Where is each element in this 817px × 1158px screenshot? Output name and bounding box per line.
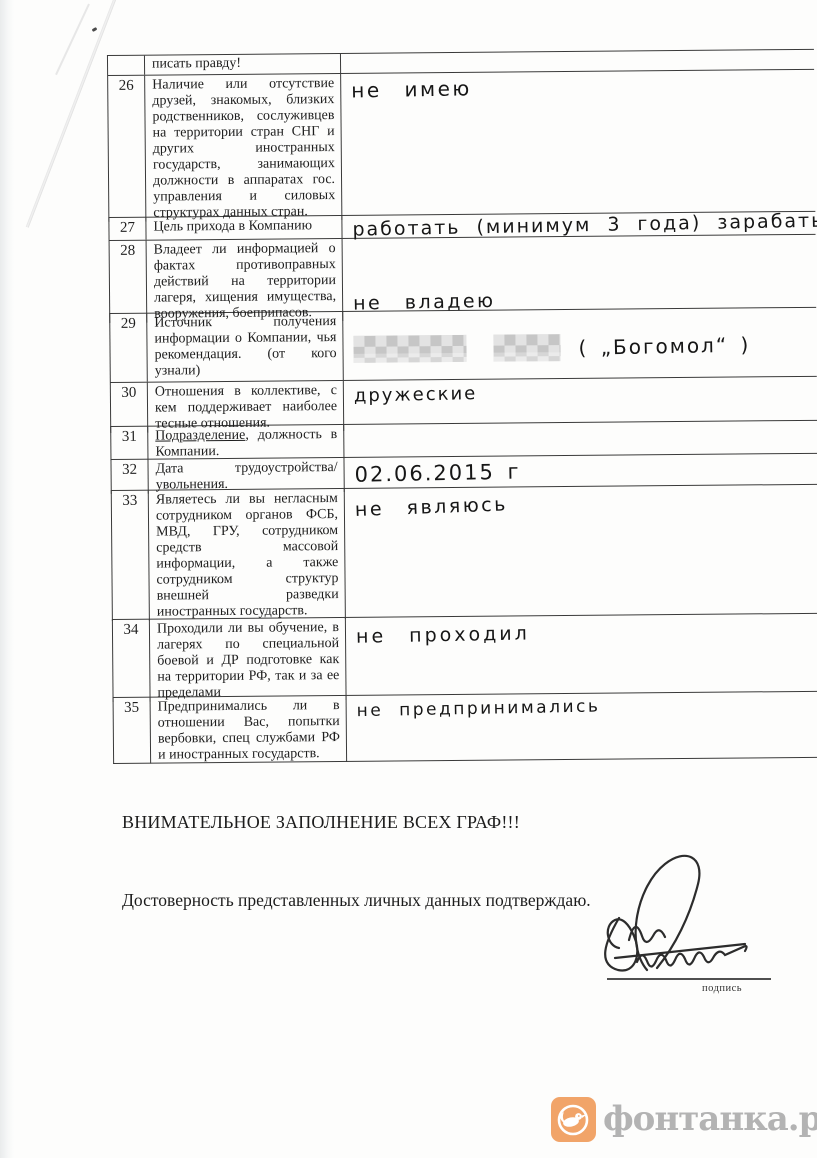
row-number: 27: [108, 218, 146, 240]
handwritten-answer: не предпринимались: [356, 696, 600, 721]
table-row: 34 Проходили ли вы обучение, в лагерях п…: [112, 614, 817, 698]
question-text: писать правду!: [145, 54, 341, 75]
question-text: Наличие или отсутствие друзей, знакомых,…: [145, 74, 342, 221]
table-row: 35 Предпринимались ли в отношении Вас, п…: [113, 692, 817, 764]
fill-all-fields-notice: ВНИМАТЕЛЬНОЕ ЗАПОЛНЕНИЕ ВСЕХ ГРАФ!!!: [122, 812, 520, 833]
answer-cell: [344, 421, 817, 459]
fontanka-watermark: фонтанка.ру®: [551, 1097, 817, 1142]
handwritten-answer: не имею: [351, 76, 472, 102]
row-number: 35: [113, 698, 152, 764]
scan-speck: [92, 27, 98, 32]
answer-cell: работать (минимум 3 года) зарабатывать: [342, 211, 817, 238]
handwritten-answer: 02.06.2015 г: [354, 460, 520, 487]
answer-cell: ( „Богомол“ ): [343, 308, 817, 380]
table-row: 26 Наличие или отсутствие друзей, знаком…: [107, 70, 815, 218]
scanned-questionnaire-page: писать правду! 26 Наличие или отсутствие…: [0, 0, 817, 1158]
handwritten-answer: дружеские: [354, 383, 478, 406]
row-number: [107, 56, 145, 75]
table-row: 30 Отношения в коллективе, с кем поддерж…: [110, 377, 817, 427]
signature-label: подпись: [702, 983, 742, 994]
question-text: Проходили ли вы обучение, в лагерях по с…: [150, 618, 347, 701]
answer-cell: не предпринимались: [347, 692, 817, 762]
form-table: писать правду! 26 Наличие или отсутствие…: [107, 49, 817, 764]
fontanka-brand-text: фонтанка.ру®: [603, 1097, 817, 1142]
pixelated-redaction: [493, 334, 560, 362]
row-number: 28: [109, 241, 148, 323]
question-text: Цель прихода в Компанию: [146, 216, 342, 240]
row-number: 29: [109, 314, 148, 382]
handwritten-answer: не проходил: [356, 622, 530, 647]
question-text: Являетесь ли вы негласным сотрудником ор…: [149, 489, 346, 620]
confirmation-statement: Достоверность представленных личных данн…: [122, 890, 591, 911]
answer-cell: не являюсь: [345, 485, 817, 619]
row-number: 32: [110, 460, 148, 494]
fontanka-bird-icon: [551, 1097, 596, 1142]
scan-edge-shadow: [0, 0, 14, 1158]
answer-cell: не имею: [341, 70, 815, 220]
signature-scribble-icon: [585, 848, 795, 988]
row-number: 33: [111, 491, 150, 621]
question-text: Подразделение, должность в Компании.: [148, 425, 344, 461]
paper-fold-crease: [26, 0, 119, 228]
handwritten-answer: не владею: [353, 290, 496, 315]
row-number: 34: [112, 620, 151, 702]
handwritten-answer: ( „Богомол“ ): [578, 333, 750, 360]
question-text: Источник получения информации о Компании…: [147, 312, 344, 382]
row-number: 30: [110, 383, 148, 433]
signature-line: [607, 978, 771, 980]
answer-cell: не проходил: [346, 614, 817, 700]
question-text: Владеет ли информацией о фактах противоп…: [147, 239, 344, 322]
row-number: 26: [107, 76, 146, 222]
table-row: 28 Владеет ли информацией о фактах проти…: [109, 235, 817, 314]
handwritten-answer: не являюсь: [355, 493, 509, 521]
row-number: 31: [110, 427, 148, 461]
table-row: 29 Источник получения информации о Компа…: [109, 308, 817, 383]
question-text: Предпринимались ли в отношении Вас, попы…: [151, 696, 348, 764]
pixelated-redaction: [353, 334, 466, 362]
table-row: 33 Являетесь ли вы негласным сотрудником…: [111, 485, 817, 620]
paper-fold-crease-small: [55, 4, 90, 76]
